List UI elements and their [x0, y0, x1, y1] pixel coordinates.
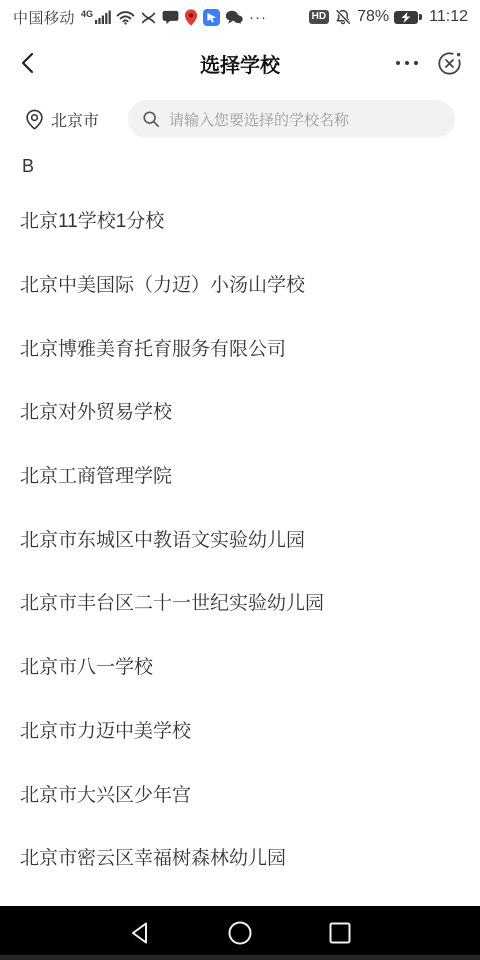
search-placeholder: 请输入您要选择的学校名称: [169, 109, 349, 130]
close-button[interactable]: [436, 49, 464, 77]
android-nav-bar: [0, 906, 480, 960]
carrier-label: 中国移动: [13, 7, 75, 28]
nav-back-button[interactable]: [125, 918, 155, 948]
mute-bell-icon: [334, 8, 352, 26]
search-box[interactable]: 请输入您要选择的学校名称: [128, 100, 455, 138]
battery-icon: [394, 11, 422, 24]
app-header: 选择学校: [0, 32, 480, 94]
location-icon: [25, 109, 44, 130]
location-pin-status-icon: [184, 9, 198, 26]
wifi-icon: [116, 10, 135, 25]
navigation-app-icon: [203, 9, 220, 26]
search-icon: [142, 110, 160, 128]
battery-percent: 78%: [357, 8, 389, 26]
more-menu-button[interactable]: [394, 55, 420, 71]
status-bar: 中国移动 4G: [0, 0, 480, 32]
header-actions: [394, 49, 464, 77]
nav-home-button[interactable]: [225, 918, 255, 948]
wechat-icon: [225, 10, 243, 25]
city-label: 北京市: [51, 108, 99, 131]
school-list-item[interactable]: 北京博雅美育托育服务有限公司: [0, 315, 480, 379]
nav-recents-button[interactable]: [325, 918, 355, 948]
status-bar-right: HD 78% 11:12: [309, 8, 468, 26]
school-list-item[interactable]: 北京市密云区幸福树森林幼儿园: [0, 825, 480, 889]
school-list-item[interactable]: 北京市东城区中教语文实验幼儿园: [0, 506, 480, 570]
school-list-item[interactable]: 北京市力迈中美学校: [0, 698, 480, 762]
section-letter: B: [0, 144, 480, 188]
message-icon: [162, 10, 179, 25]
signal-strength-icon: [95, 10, 111, 24]
clock: 11:12: [429, 8, 468, 26]
city-selector[interactable]: 北京市: [25, 108, 99, 131]
missed-call-icon: [140, 10, 157, 25]
more-notifications-icon: ···: [249, 9, 267, 26]
school-list-item[interactable]: 北京对外贸易学校: [0, 379, 480, 443]
school-list: 北京11学校1分校 北京中美国际（力迈）小汤山学校 北京博雅美育托育服务有限公司…: [0, 188, 480, 889]
school-list-item[interactable]: 北京11学校1分校: [0, 188, 480, 252]
school-list-item[interactable]: 北京市丰台区二十一世纪实验幼儿园: [0, 570, 480, 634]
status-bar-left: 中国移动 4G: [13, 7, 267, 28]
back-button[interactable]: [18, 51, 38, 75]
toolbar: 北京市 请输入您要选择的学校名称: [0, 94, 480, 144]
school-list-item[interactable]: 北京工商管理学院: [0, 443, 480, 507]
network-type-label: 4G: [81, 9, 93, 19]
phone-screen: 中国移动 4G: [0, 0, 480, 960]
hd-badge: HD: [309, 10, 329, 24]
school-list-item[interactable]: 北京中美国际（力迈）小汤山学校: [0, 252, 480, 316]
school-list-item[interactable]: 北京市大兴区少年宫: [0, 761, 480, 825]
school-list-item[interactable]: 北京市八一学校: [0, 634, 480, 698]
